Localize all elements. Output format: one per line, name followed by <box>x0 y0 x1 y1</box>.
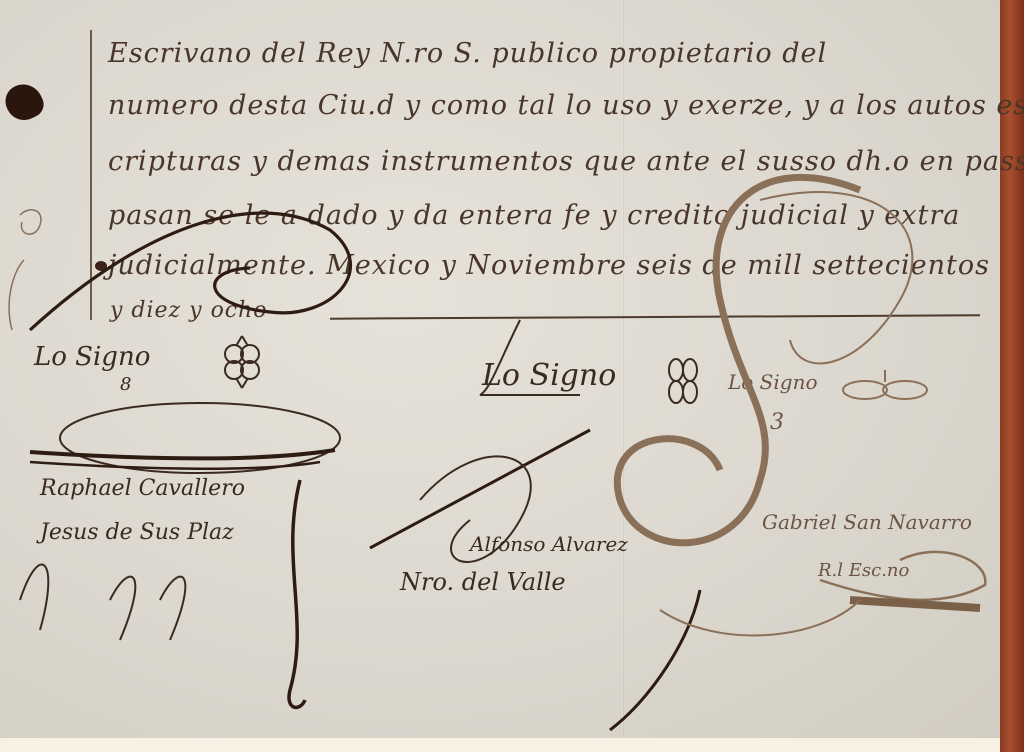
signature-name-1a: Raphael Cavallero <box>40 476 245 501</box>
ink-blot-small <box>95 261 107 271</box>
signo-note-1: 8 <box>120 374 131 395</box>
body-line-1: Escrivano del Rey N.ro S. publico propie… <box>108 38 827 69</box>
signature-name-2b: Nro. del Valle <box>400 568 566 596</box>
signo-note-3: 3 <box>770 410 784 435</box>
signo-label-1: Lo Signo <box>34 342 150 372</box>
signature-name-3b: R.l Esc.no <box>818 560 909 581</box>
body-line-2: numero desta Ciu.d y como tal lo uso y e… <box>108 90 1024 121</box>
signature-name-3a: Gabriel San Navarro <box>762 510 972 534</box>
body-line-6: y diez y ocho <box>110 298 268 323</box>
body-line-5: judicialmente. Mexico y Noviembre seis d… <box>108 250 990 281</box>
page-bottom-margin <box>0 738 1000 752</box>
body-line-3: cripturas y demas instrumentos que ante … <box>108 146 1024 177</box>
body-line-4: pasan se le a dado y da entera fe y cred… <box>108 200 960 231</box>
margin-line <box>90 30 92 320</box>
signo-label-2: Lo Signo <box>482 358 616 393</box>
signature-name-1b: Jesus de Sus Plaz <box>40 520 234 545</box>
signo-label-3: Lo Signo <box>728 370 818 394</box>
signature-name-2a: Alfonso Alvarez <box>470 532 628 556</box>
